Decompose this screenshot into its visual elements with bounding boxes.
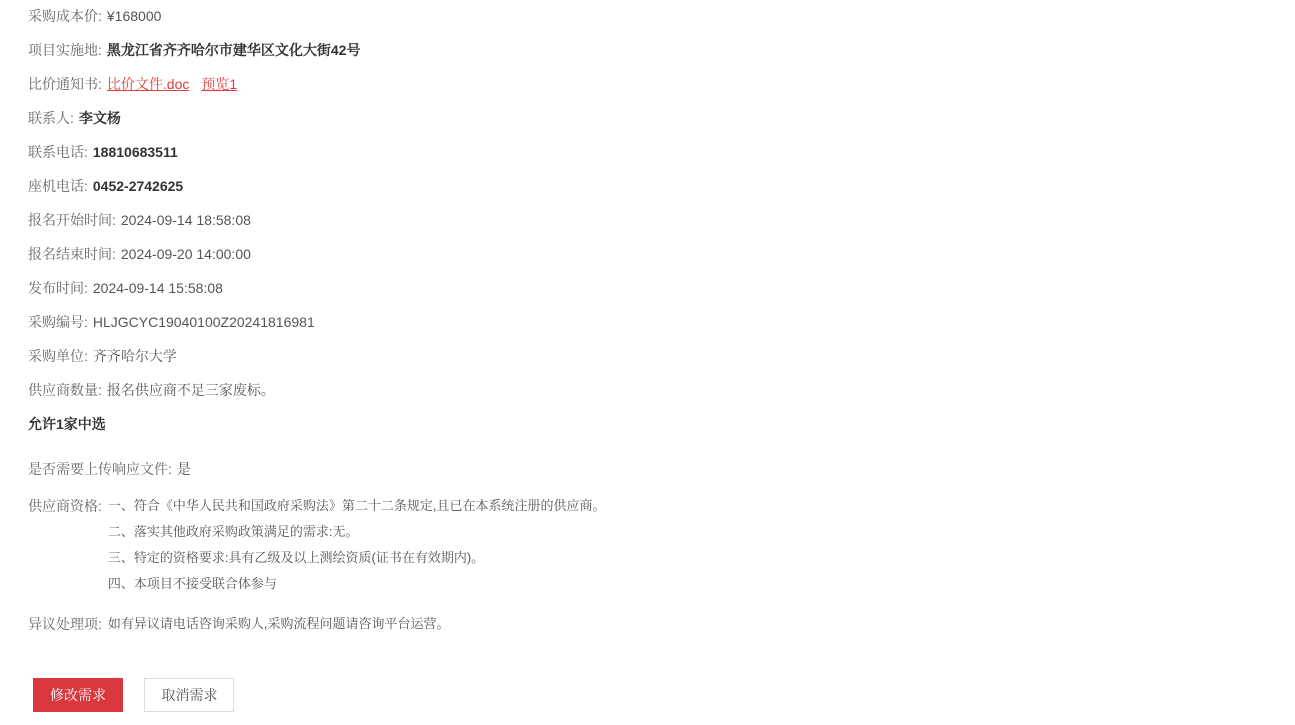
signup-start-value: 2024-09-14 18:58:08 (121, 212, 251, 228)
contact-person-label: 联系人: (28, 110, 74, 126)
supplier-qualification-label: 供应商资格: (28, 493, 102, 519)
field-row-signup-end: 报名结束时间:2024-09-20 14:00:00 (28, 244, 1265, 264)
landline-value: 0452-2742625 (93, 178, 183, 194)
action-buttons: 修改需求 取消需求 (33, 678, 1265, 712)
procurement-no-value: HLJGCYC19040100Z20241816981 (93, 314, 315, 330)
signup-end-label: 报名结束时间: (28, 246, 116, 262)
signup-end-value: 2024-09-20 14:00:00 (121, 246, 251, 262)
procurement-unit-value: 齐齐哈尔大学 (93, 348, 177, 364)
location-label: 项目实施地: (28, 42, 102, 58)
field-row-contact-phone: 联系电话:18810683511 (28, 142, 1265, 162)
price-comparison-file-link[interactable]: 比价文件.doc (107, 76, 189, 92)
contact-person-value: 李文杨 (79, 110, 121, 126)
qualification-line-3: 三、特定的资格要求:具有乙级及以上测绘资质(证书在有效期内)。 (108, 545, 606, 571)
supplier-count-label: 供应商数量: (28, 382, 102, 398)
field-row-landline: 座机电话:0452-2742625 (28, 176, 1265, 196)
objection-value: 如有异议请电话咨询采购人,采购流程问题请咨询平台运营。 (108, 611, 450, 637)
supplier-qualification-content: 一、符合《中华人民共和国政府采购法》第二十二条规定,且已在本系统注册的供应商。 … (108, 493, 606, 597)
cost-price-value: ¥168000 (107, 8, 162, 24)
award-note-heading: 允许1家中选 (28, 414, 1265, 434)
field-row-procurement-no: 采购编号:HLJGCYC19040100Z20241816981 (28, 312, 1265, 332)
field-row-contact-person: 联系人:李文杨 (28, 108, 1265, 128)
contact-phone-value: 18810683511 (93, 144, 178, 160)
field-row-cost-price: 采购成本价:¥168000 (28, 6, 1265, 26)
notice-doc-label: 比价通知书: (28, 76, 102, 92)
signup-start-label: 报名开始时间: (28, 212, 116, 228)
location-value: 黑龙江省齐齐哈尔市建华区文化大街42号 (107, 42, 361, 58)
qualification-line-4: 四、本项目不接受联合体参与 (108, 571, 606, 597)
field-row-procurement-unit: 采购单位:齐齐哈尔大学 (28, 346, 1265, 366)
procurement-no-label: 采购编号: (28, 314, 88, 330)
contact-phone-label: 联系电话: (28, 144, 88, 160)
field-row-location: 项目实施地:黑龙江省齐齐哈尔市建华区文化大街42号 (28, 40, 1265, 60)
field-row-publish-time: 发布时间:2024-09-14 15:58:08 (28, 278, 1265, 298)
response-file-value: 是 (177, 461, 191, 477)
qualification-line-2: 二、落实其他政府采购政策满足的需求:无。 (108, 519, 606, 545)
cancel-request-button[interactable]: 取消需求 (144, 678, 234, 712)
field-row-signup-start: 报名开始时间:2024-09-14 18:58:08 (28, 210, 1265, 230)
field-row-supplier-count: 供应商数量:报名供应商不足三家废标。 (28, 380, 1265, 400)
preview-link[interactable]: 预览1 (201, 76, 237, 92)
field-row-supplier-qualification: 供应商资格: 一、符合《中华人民共和国政府采购法》第二十二条规定,且已在本系统注… (28, 493, 1265, 597)
qualification-line-1: 一、符合《中华人民共和国政府采购法》第二十二条规定,且已在本系统注册的供应商。 (108, 493, 606, 519)
landline-label: 座机电话: (28, 178, 88, 194)
publish-time-value: 2024-09-14 15:58:08 (93, 280, 223, 296)
procurement-unit-label: 采购单位: (28, 348, 88, 364)
procurement-detail-page: 采购成本价:¥168000 项目实施地:黑龙江省齐齐哈尔市建华区文化大街42号 … (0, 0, 1295, 712)
field-row-objection: 异议处理项: 如有异议请电话咨询采购人,采购流程问题请咨询平台运营。 (28, 611, 1265, 637)
modify-request-button[interactable]: 修改需求 (33, 678, 123, 712)
publish-time-label: 发布时间: (28, 280, 88, 296)
field-row-response-file: 是否需要上传响应文件:是 (28, 459, 1265, 479)
cost-price-label: 采购成本价: (28, 8, 102, 24)
response-file-label: 是否需要上传响应文件: (28, 461, 172, 477)
field-row-notice-doc: 比价通知书:比价文件.doc预览1 (28, 74, 1265, 94)
objection-label: 异议处理项: (28, 611, 102, 637)
supplier-count-value: 报名供应商不足三家废标。 (107, 382, 275, 398)
